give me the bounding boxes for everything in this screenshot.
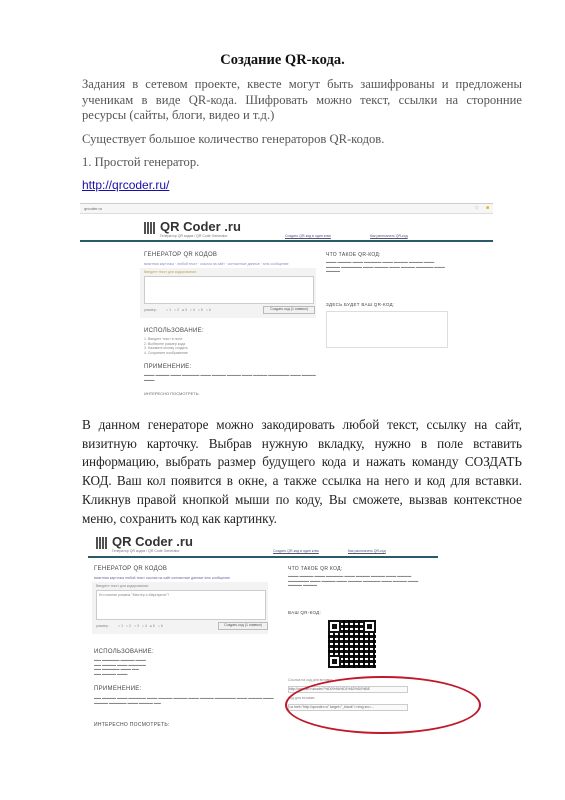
create-code-button[interactable]: Создать код (1 символ) [263, 306, 315, 314]
qr-finder-icon [328, 620, 341, 633]
qr-finder-icon [363, 620, 376, 633]
site-subtitle: Генератор QR кодов / QR Code Generator [112, 549, 179, 553]
application-text: ▬▬▬ ▬▬▬▬ ▬▬▬ ▬▬▬▬▬ ▬▬▬ ▬▬▬▬ ▬▬▬▬ ▬▬▬ ▬▬▬… [144, 373, 320, 382]
extension-icon: ■ [486, 204, 489, 213]
header-divider [80, 240, 493, 242]
text-input[interactable] [144, 276, 314, 304]
qrcoder-link[interactable]: http://qrcoder.ru/ [82, 178, 169, 192]
usage-item: 3. Нажмите кнопку создать [144, 346, 188, 351]
top-link-1[interactable]: Создать QR-код в один клик [273, 549, 319, 553]
qr-finder-icon [328, 655, 341, 668]
field-label: Введите текст для кодирования: [144, 270, 197, 275]
browser-address-bar: qrcoder.ru ☆ ■ [80, 204, 493, 214]
usage-heading: ИСПОЛЬЗОВАНИЕ: [94, 649, 154, 655]
description-paragraph: В данном генераторе можно закодировать л… [82, 416, 522, 528]
size-options[interactable]: ○ 1 ○ 2 ○ 3 ○ 4 ● 5 ○ 6 [118, 624, 163, 629]
usage-item: 1. Введите текст в поле [144, 337, 188, 342]
create-code-button[interactable]: Создать код (1 символ) [218, 622, 268, 630]
usage-item: 4. Сохраните изображение [144, 351, 188, 356]
generators-note: Существует большое количество генераторо… [82, 132, 522, 148]
what-text: ▬▬▬ ▬▬▬▬ ▬▬▬ ▬▬▬▬▬ ▬▬▬ ▬▬▬▬ ▬▬▬▬ ▬▬▬ ▬▬▬… [288, 574, 428, 588]
screenshot-qrcoder-empty: qrcoder.ru ☆ ■ QR Coder .ru Генератор QR… [80, 203, 493, 402]
qr-logo-icon [96, 537, 108, 549]
generator-heading: ГЕНЕРАТОР QR КОДОВ [94, 566, 167, 572]
generator-tabs[interactable]: визитная карточка · любой текст · ссылка… [144, 262, 289, 267]
usage-list: ▬▬ ▬▬▬▬▬ ▬▬▬▬ ▬▬▬▬▬ ▬▬▬▬ ▬▬▬ ▬▬▬▬▬▬▬ ▬▬▬… [94, 658, 194, 676]
application-text: ▬▬ ▬▬▬▬ ▬▬▬ ▬▬▬▬▬ ▬▬▬ ▬▬▬▬ ▬▬▬▬ ▬▬▬ ▬▬▬▬… [94, 696, 274, 705]
what-heading: ЧТО ТАКОЕ QR-КОД: [326, 252, 381, 258]
interesting-heading: ИНТЕРЕСНО ПОСМОТРЕТЬ: [144, 392, 199, 397]
size-options[interactable]: ○ 1 ○ 2 ● 3 ○ 4 ○ 5 ○ 6 [166, 308, 211, 313]
result-heading: ЗДЕСЬ БУДЕТ ВАШ QR-КОД: [326, 302, 394, 307]
application-heading: ПРИМЕНЕНИЕ: [144, 364, 192, 370]
size-label: размер: [144, 308, 157, 313]
address-text: qrcoder.ru [84, 206, 102, 211]
application-heading: ПРИМЕНЕНИЕ: [94, 686, 142, 692]
page-title: Создание QR-кода. [0, 52, 565, 69]
what-heading: ЧТО ТАКОЕ QR КОД: [288, 566, 343, 572]
generator-heading: ГЕНЕРАТОР QR КОДОВ [144, 252, 217, 258]
text-input[interactable]: Кто помнит романа "Мастер и Маргарита"? [96, 590, 266, 620]
usage-heading: ИСПОЛЬЗОВАНИЕ: [144, 328, 204, 334]
generated-qr-code[interactable] [328, 620, 376, 668]
list-item-1: 1. Простой генератор. [82, 155, 522, 171]
top-link-2[interactable]: Как распознать QR-код [348, 549, 386, 553]
intro-paragraph: Задания в сетевом проекте, квесте могут … [82, 77, 522, 124]
result-box [326, 311, 448, 348]
top-link-1[interactable]: Создать QR-код в один клик [285, 234, 331, 238]
site-header: QR Coder .ru Генератор QR кодов / QR Cod… [80, 214, 493, 240]
size-label: размер: [96, 624, 109, 629]
result-heading: ВАШ QR-КОД: [288, 610, 321, 615]
text-input-value: Кто помнит романа "Мастер и Маргарита"? [99, 593, 169, 598]
site-logo: QR Coder .ru [112, 534, 193, 549]
star-icon: ☆ [475, 204, 479, 213]
top-link-2[interactable]: Как распознать QR-код [370, 234, 408, 238]
interesting-heading: ИНТЕРЕСНО ПОСМОТРЕТЬ: [94, 722, 170, 728]
header-divider [88, 556, 438, 558]
site-logo: QR Coder .ru [160, 219, 241, 234]
highlight-oval [285, 676, 481, 734]
generator-tabs[interactable]: визитная карточка любой текст ссылка на … [94, 576, 230, 581]
what-text: ▬▬▬ ▬▬▬▬ ▬▬▬ ▬▬▬▬▬ ▬▬▬ ▬▬▬▬ ▬▬▬▬ ▬▬▬ ▬▬▬… [326, 260, 446, 274]
usage-list: 1. Введите текст в поле 2. Выберите разм… [144, 337, 188, 355]
qr-logo-icon [144, 222, 156, 234]
site-subtitle: Генератор QR кодов / QR Code Generator [160, 234, 227, 238]
field-label: Введите текст для кодирования: [96, 584, 149, 589]
